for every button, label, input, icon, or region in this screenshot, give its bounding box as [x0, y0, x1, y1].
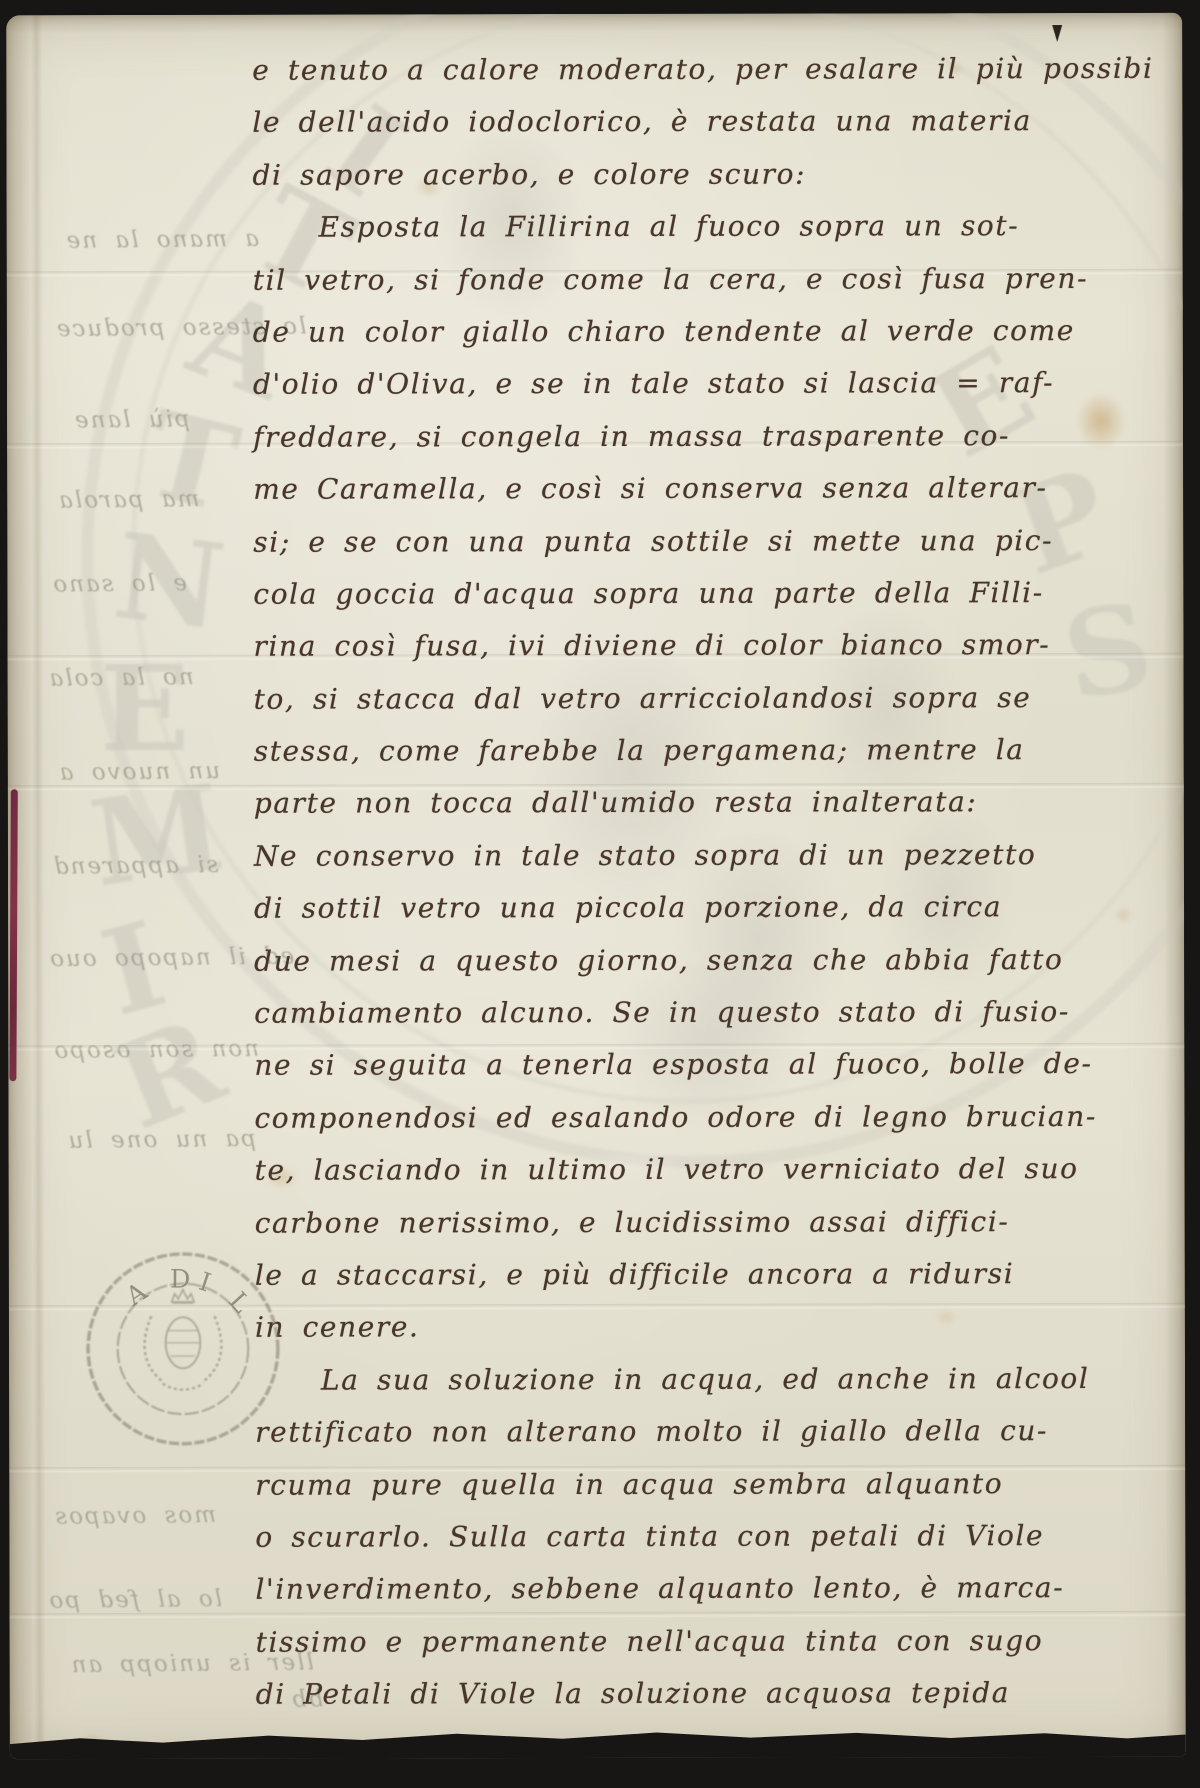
text-line: til vetro, si fonde come la cera, e così… [253, 252, 1178, 306]
text-line: d'olio d'Oliva, e se in tale stato si la… [253, 357, 1178, 411]
bleedthrough-fragment: a mano la ne [65, 226, 260, 254]
text-line: e tenuto a calore moderato, per esalare … [252, 43, 1177, 97]
bleedthrough-fragment: si apparend [52, 852, 219, 880]
text-line: parte non tocca dall'umido resta inalter… [254, 776, 1179, 830]
text-line: si; e se con una punta sottile si mette … [253, 514, 1178, 568]
paper-edge-shade-top [6, 13, 1182, 33]
text-line: carbone nerissimo, e lucidissimo assai d… [255, 1195, 1180, 1249]
binding-thread [9, 789, 17, 1081]
manuscript-text: e tenuto a calore moderato, per esalare … [252, 43, 1181, 1721]
stamp-arc-text: A DI L [120, 1264, 261, 1324]
svg-text:A DI L: A DI L [120, 1264, 261, 1324]
paper-bottom-torn-edge [10, 1721, 1186, 1759]
text-line: componendosi ed esalando odore di legno … [254, 1091, 1179, 1145]
text-line: di Petali di Viole la soluzione acquosa … [256, 1667, 1181, 1721]
text-line: rcuma pure quella in acqua sembra alquan… [255, 1457, 1180, 1511]
text-line: freddare, si congela in massa trasparent… [253, 410, 1178, 464]
ink-stamp: A DI L [81, 1247, 285, 1451]
text-line: cambiamento alcuno. Se in questo stato d… [254, 986, 1179, 1040]
text-line: te, lasciando in ultimo il vetro vernici… [255, 1143, 1180, 1197]
text-line: o scurarlo. Sulla carta tinta con petali… [255, 1510, 1180, 1564]
stamp-wreath-left [145, 1316, 163, 1381]
text-line: Ne conservo in tale stato sopra di un pe… [254, 829, 1179, 883]
text-line: me Caramella, e così si conserva senza a… [253, 462, 1178, 516]
text-line: di sottil vetro una piccola porzione, da… [254, 881, 1179, 935]
scanned-manuscript-screenshot: { "document": { "type": "handwritten man… [0, 0, 1200, 1788]
bleedthrough-fragment: un nuovo a [58, 758, 221, 786]
text-line: due mesi a questo giorno, senza che abbi… [254, 933, 1179, 987]
bleedthrough-fragment: mos ovapos [53, 1502, 216, 1530]
stamp-shield-bars [167, 1330, 200, 1356]
text-line: rettificato non alterano molto il giallo… [255, 1405, 1180, 1459]
text-line: in cenere. [255, 1300, 1180, 1354]
text-line: La sua soluzione in acqua, ed anche in a… [255, 1353, 1180, 1407]
text-line: Esposta la Fillirina al fuoco sopra un s… [253, 200, 1178, 254]
text-line: di sapore acerbo, e colore scuro: [252, 148, 1177, 202]
stamp-wreath-right [203, 1316, 221, 1381]
stamp-wreath-bottom [163, 1384, 204, 1390]
text-line: cola goccia d'acqua sopra una parte dell… [253, 567, 1178, 621]
watermark-letter: R [102, 1001, 237, 1147]
bleedthrough-fragment: pa nu one lu [66, 1126, 256, 1154]
bleedthrough-fragment: lo al fed po [47, 1586, 222, 1614]
text-line: de un color giallo chiaro tendente al ve… [253, 305, 1178, 359]
text-line: stessa, come farebbe la pergamena; mentr… [254, 724, 1179, 778]
bleedthrough-fragment: più lane [73, 406, 190, 433]
text-line: ne si seguita a tenerla esposta al fuoco… [254, 1038, 1179, 1092]
bleedthrough-fragment: no la cola [47, 664, 193, 692]
bleedthrough-fragment: e lo sano [51, 570, 187, 597]
text-line: rina così fusa, ivi diviene di color bia… [253, 619, 1178, 673]
text-line: le a staccarsi, e più difficile ancora a… [255, 1248, 1180, 1302]
ink-mark-triangle [1052, 25, 1062, 42]
bleedthrough-fragment: ma parola [57, 486, 199, 514]
manuscript-page: ITATNEMIREPS a mano la nelo stesso produ… [6, 13, 1186, 1759]
text-line: le dell'acido iodoclorico, è restata una… [252, 95, 1177, 149]
text-line: to, si stacca dal vetro arricciolandosi … [254, 671, 1179, 725]
text-line: l'inverdimento, sebbene alquanto lento, … [255, 1562, 1180, 1616]
text-line: tissimo e permanente nell'acqua tinta co… [256, 1614, 1181, 1668]
